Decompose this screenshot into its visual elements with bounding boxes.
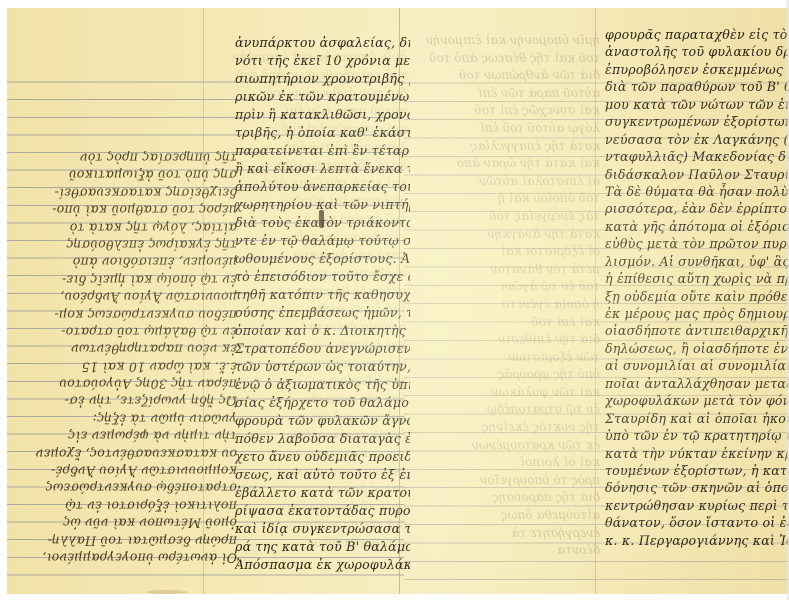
handwritten-line: μέρος τοῦ σταθμοῦ καὶ ὑπο-: [25, 201, 237, 218]
handwritten-line: ὁποίαν καὶ ὁ κ. Διοικητὴς τοῦ: [235, 322, 410, 340]
handwritten-line: ποῖαι ἀνταλλάχθησαν μεταξὺ τῶν: [605, 375, 789, 392]
handwritten-line: δόνησις τῶν σκηνῶν αἱ ὁποῖαι συνε-: [605, 479, 789, 496]
handwritten-line: κ. κ. Περγαρογιάννης καὶ Ἰωαννίδης: [605, 532, 789, 549]
handwritten-line: καὶ οἱ λοιποί: [412, 454, 600, 472]
middle-column-text: ἀνυπάρκτου ἀσφαλείας, δηλο-νότι τῆς ἐκεῖ…: [235, 34, 410, 574]
handwritten-line: καὶ συνεχῶς ἐπὶ τοῦ: [412, 102, 600, 120]
handwritten-line: καὶ ἐπὶ τοῦ: [412, 314, 600, 332]
handwritten-line: χωροφυλάκων μετὰ τὸν φόνον τοῦ: [605, 392, 789, 409]
manuscript-scan: ἡμῖν ὑπομονὴν καὶ ἐπιμονὴντοῦ καὶ τῆς θέ…: [7, 8, 789, 594]
handwritten-line: ὑπὸ τῆς φρουρᾶς: [412, 366, 600, 384]
handwritten-line: ἐκ τῶν κρατουμένων: [412, 437, 600, 455]
handwritten-line: τῶν ὑστέρων ὡς τοιαύτην, καὶ: [235, 358, 410, 376]
handwritten-line: φρουρᾶς παραταχθὲν εἰς τὸ ὕψος: [605, 26, 789, 43]
handwritten-line: καὶ κατὰ τὴν ὥραν ἀπό: [412, 155, 600, 173]
handwritten-line: δηλώσεως, ἢ οἱασδήποτε ἐντάσεως,: [605, 340, 789, 357]
handwritten-line: στρατοπέδῳ συγκεντρώσεως: [25, 479, 237, 496]
handwritten-line: Ὡς ἤδη γνωρίζετε, τὴν ἑσ-: [25, 392, 237, 409]
handwritten-line: λόγῳ αὐτοῦ τοῦ ἐπί: [412, 120, 600, 138]
handwritten-line: ἐν τῷ στρατοπέδῳ: [412, 401, 600, 419]
handwritten-line: τοῦ ὁποίου καὶ ἡ: [412, 190, 600, 208]
handwritten-line: κομμουνιστῶν Ἀγίου Ἀνδρέ-: [25, 462, 237, 479]
handwritten-line: Στρατοπέδου ἀνεγνώρισεν ἐκ: [235, 340, 410, 358]
handwritten-line: μετὰ τὸν θάνατον: [412, 261, 600, 279]
handwritten-line: αἰτούμεθα ὅπως: [412, 507, 600, 525]
handwritten-line: ρίψασα ἑκατοντάδας πυροβολισμῶν: [235, 502, 410, 520]
ink-blot: [319, 210, 324, 228]
handwritten-line: οἱ ἐξόριστοι καὶ: [412, 243, 600, 261]
handwritten-line: τηθῆ κατόπιν τῆς καθησυχαζ-: [235, 286, 410, 304]
handwritten-line: πρώην δεσμῶται τοῦ Παλλη-: [25, 532, 237, 549]
handwritten-line: εὐθὺς μετὰ τὸν πρῶτον πυροβο-: [605, 235, 789, 252]
handwritten-line: ἐβάλλετο κατὰ τῶν κρατουμένων: [235, 484, 410, 502]
bleed-through-text-right-page: ἡμῖν ὑπομονὴν καὶ ἐπιμονὴντοῦ καὶ τῆς θέ…: [412, 32, 600, 560]
right-column-text: φρουρᾶς παραταχθὲν εἰς τὸ ὕψοςἀναστολῆς …: [605, 26, 789, 549]
handwritten-line: τοῦ καὶ τῆς θέσεως ἀπὸ τοῦ: [412, 50, 600, 68]
handwritten-line: μουνιστῶν Ἀγίου Ἀνδρέου,: [25, 288, 237, 305]
handwritten-line: ντε ἐν τῷ θαλάμῳ τούτῳ συν-: [235, 232, 410, 250]
handwritten-line: νεύσασα τὸν ἐκ Λαγκάνης (Τρια-: [605, 131, 789, 148]
handwritten-line: ἐν τῷ ὁποίῳ καὶ ἡμεῖς διε-: [25, 271, 237, 288]
handwritten-line: ούσης ἐπεμβάσεως ἡμῶν, τὴν: [235, 304, 410, 322]
handwritten-line: τὰς ἐνεργείας τοῦ: [412, 208, 600, 226]
handwritten-line: Τὰ δὲ θύματα θὰ ἦσαν πολὺ πε-: [605, 183, 789, 200]
handwritten-line: λισμόν. Αἱ συνθῆκαι, ὑφ' ἃς ἐγένετο: [605, 253, 789, 270]
handwritten-line: διὰ τῶν ἀνθρώπων τοῦ: [412, 67, 600, 85]
handwritten-line: κατὰ τὴν νύκταν ἐκείνην κρα-: [605, 445, 789, 462]
handwritten-line: κατὰ γῆς ἀπότομα οἱ ἐξόριστοι: [605, 218, 789, 235]
handwritten-line: Οἱ ἀνωτέρω ὑπογεγραμμένοι,: [25, 549, 237, 566]
handwritten-line: ἀπολύτου ἀνεπαρκείας τοῦ ἀπο-: [235, 178, 410, 196]
handwritten-line: συγκεντρωμένων ἐξορίστων φο-: [605, 113, 789, 130]
handwritten-line: διὰ τὴν ἐπίθεσιν: [412, 331, 600, 349]
handwritten-line: τῆς ὑπηρεσίας πρὸς τὸν: [25, 149, 237, 166]
handwritten-line: ἡ ὁποία ἐγένετο: [412, 296, 600, 314]
handwritten-line: νότι τῆς ἐκεῖ 10 χρόνια μετὰ τὸ: [235, 52, 410, 70]
scan-edge: [785, 0, 789, 600]
handwritten-line: ἐνῷ ὁ ἀξιωματικὸς τῆς ὑπηρε-: [235, 376, 410, 394]
handwritten-line: καὶ ἰδίᾳ συγκεντρώσασα τὰ πυ-: [235, 520, 410, 538]
handwritten-line: τῆς νυκτὸς ἐκείνης: [412, 419, 600, 437]
handwritten-line: ὑπὸ τῶν ἐν τῷ κρατητηρίῳ ὑπὸ τοῦ: [605, 427, 789, 444]
handwritten-line: κεντρώθησαν κυρίως περὶ τὸν: [605, 497, 789, 514]
handwritten-line: χετο ἄνευ οὐδεμιᾶς προειδοποιή-: [235, 448, 410, 466]
handwritten-line: διδάσκαλον Παῦλον Σταυρίδην.: [605, 166, 789, 183]
handwritten-line: τουμένων ἐξορίστων, ἡ κατόπιν: [605, 462, 789, 479]
handwritten-line: σιωπητήριον χρονοτριβῆς με-: [235, 70, 410, 88]
handwritten-line: μένομεν, ἐπεισόδιον ἀπὸ: [25, 253, 237, 270]
handwritten-line: ἀνυπάρκτου ἀσφαλείας, δηλο-: [235, 34, 410, 52]
left-column-upside-down-text: Οἱ ἀνωτέρω ὑπογεγραμμένοι,πρώην δεσμῶται…: [25, 149, 237, 566]
handwritten-line: Σταυρίδη καὶ αἱ ὁποῖαι ἠκούσθησαν: [605, 410, 789, 427]
handwritten-line: τριβῆς, ἡ ὁποία καθ' ἑκάστην: [235, 124, 410, 142]
handwritten-line: πόθεν λαβοῦσα διαταγὰς ἐπῆρ-: [235, 430, 410, 448]
handwritten-line: ρά της κατὰ τοῦ Β' θαλάμου.: [235, 538, 410, 556]
handwritten-line: διὰ τῆς παρούσης: [412, 489, 600, 507]
handwritten-line: ἢ καὶ εἴκοσι λεπτὰ ἕνεκα τῆς: [235, 160, 410, 178]
handwritten-line: οἱασδήποτε ἀντιπειθαρχικῆς ἐκ-: [605, 322, 789, 339]
handwritten-line: νταφυλλιᾶς) Μακεδονίας δημο-: [605, 148, 789, 165]
handwritten-line: Ἀπόσπασμα ἐκ χωροφυλάκων τῆς: [235, 556, 410, 574]
handwritten-line: παρατείνεται ἐπὶ ἓν τέταρτον: [235, 142, 410, 160]
handwritten-line: σεως, καὶ αὐτὸ τοῦτο ἐξ ἐνέδρας: [235, 466, 410, 484]
handwritten-line: σης ὑπὸ τοῦ ἀξιωματικοῦ: [25, 166, 237, 183]
handwritten-line: ἐκ νέου παρατηρηθέντων: [25, 340, 237, 357]
handwritten-line: ἐκ μέρους μας πρὸς δημιουργίαν: [605, 305, 789, 322]
handwritten-line: ἐ.ἔ. καὶ ὥραν 10 καὶ 15: [25, 358, 237, 375]
handwritten-line: δειχθείσης κατασκευασθεί-: [25, 184, 237, 201]
handwritten-line: ἀναστολῆς τοῦ φυλακίου δρόμου: [605, 43, 789, 60]
handwritten-line: ἐνεργήσητε τὰ: [412, 525, 600, 543]
handwritten-line: ωθουμένους ἐξορίστους. Ἀλλ' ἐπὶ: [235, 250, 410, 268]
handwritten-line: κατὰ τῆς ἐπαγγελίας: [412, 138, 600, 156]
handwritten-line: ἡμῖν ὑπομονὴν καὶ ἐπιμονὴν: [412, 32, 600, 50]
handwritten-line: ρισσότερα, ἐὰν δὲν ἐρρίπτοντο: [605, 200, 789, 217]
handwritten-line: ἐπυροβόλησεν ἐσκεμμένως: [605, 61, 789, 78]
handwritten-line: τῆς ἐγκαίρως ἐπελθούσης: [25, 236, 237, 253]
handwritten-line: τῶν ἐξορίστων: [412, 349, 600, 367]
handwritten-line: ξῃ οὐδεμία οὔτε καὶν πρόθεσις: [605, 288, 789, 305]
handwritten-line: ρικῶν ἐκ τῶν κρατουμένων,: [235, 88, 410, 106]
handwritten-line: ὁμοῦ Μέτωπον καὶ νῦν ὡς: [25, 514, 237, 531]
handwritten-line: ἡ ἐπίθεσις αὕτη χωρὶς νὰ προϋπάρ-: [605, 270, 789, 287]
handwritten-line: καὶ τῶν φυλάκων: [412, 384, 600, 402]
handwritten-line: φρουρὰ τῶν φυλακῶν ἄγνωστον: [235, 412, 410, 430]
handwritten-line: τὴν τιμὴν νὰ φέρωμεν εἰς: [25, 427, 237, 444]
handwritten-line: πέδου συγκεντρώσεως κομ-: [25, 306, 237, 323]
handwritten-line: διὰ τῶν παραθύρων τοῦ Β' θαλά-: [605, 78, 789, 95]
handwritten-line: αἰτίας, λόγῳ τῆς κατὰ τὸ: [25, 219, 237, 236]
handwritten-line: τοῦ ἐν τῷ ἀγῶνι: [412, 278, 600, 296]
handwritten-line: αὐτοῦ παρὰ τῶν ἐπί: [412, 85, 600, 103]
handwritten-line: δέοντα: [412, 542, 600, 560]
handwritten-line: κατὰ τὴν ἀνάγκην: [412, 226, 600, 244]
handwritten-line: πρὸς τὸ ὑπουργεῖον: [412, 472, 600, 490]
handwritten-line: πέραν τῆς 30ης Αὐγούστου: [25, 375, 237, 392]
handwritten-line: ου κατασκευασθέντος, ἔχομεν: [25, 445, 237, 462]
handwritten-line: γνῶσιν ὑμῶν τὰ ἑξῆς:: [25, 410, 237, 427]
handwritten-line: αἱ ἐπιστολαὶ αὐτῶν: [412, 173, 600, 191]
handwritten-line: μου κατὰ τῶν νώτων τῶν ἐν αὐτῷ: [605, 96, 789, 113]
handwritten-line: πολιτικοὶ ἐξόριστοι ἐν τῷ: [25, 497, 237, 514]
handwritten-line: σίας ἐξήρχετο τοῦ θαλάμου, ἡ: [235, 394, 410, 412]
handwritten-line: αἱ συνομιλίαι αἱ συνομιλίαι, αἱ ὁ-: [605, 357, 789, 374]
handwritten-line: τὸ ἐπεισόδιον τοῦτο ἔσχε διευθε-: [235, 268, 410, 286]
handwritten-line: θάνατον, ὅσον ἴσταντο οἱ ἐξ ἡμῶν: [605, 514, 789, 531]
handwritten-line: πρὶν ἢ κατακλιθῶσι, χρονο-: [235, 106, 410, 124]
handwritten-line: ἐν τῷ θαλάμῳ τοῦ στρατο-: [25, 323, 237, 340]
ink-stain: [147, 590, 187, 594]
